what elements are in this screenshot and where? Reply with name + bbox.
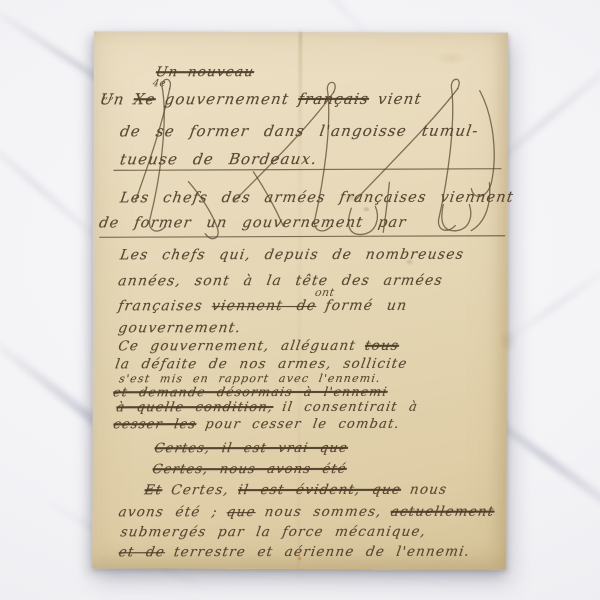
struck-text: que [226,504,257,520]
manuscript-text: nous [409,482,449,498]
struck-text: cesser les [112,417,197,432]
manuscript-text: il consentirait à [281,400,419,415]
manuscript-text: Certes, [170,482,230,498]
handwriting-line: gouvernement. [117,320,242,336]
manuscript-text: tueuse de Bordeaux. [119,150,319,168]
manuscript-text: nous sommes, [263,504,383,520]
struck-text: actuellement [390,504,496,520]
manuscript-text: formé un [324,298,408,314]
struck-text: Xe [132,90,157,108]
manuscript-text: terrestre et aérienne de l'ennemi. [173,544,472,561]
struck-text: français [297,90,371,108]
handwriting-line: Certes, nous avons été [151,462,348,477]
struck-text: Et [143,482,163,498]
handwriting-line: submergés par la force mécanique, [119,524,427,541]
struck-text: il est évident, que [237,482,402,498]
manuscript-text: pour cesser le combat. [204,417,401,432]
manuscript-text: françaises [117,298,204,314]
handwriting-line: la défaite de nos armes, sollicite [114,356,409,373]
manuscript-text: années, sont à la tête des armées [117,273,444,290]
handwriting-line: de former un gouvernement par [98,215,408,232]
photo-scene: „„ Un nouveauUnXegouvernementfrançaisvie… [0,0,600,600]
inserted-word: 4e [152,78,167,89]
handwriting-line: Certes, il est vrai que [153,441,349,456]
handwriting-line: et demande désormais à l'ennemi [112,384,389,399]
struck-text: viennent de [211,298,318,314]
handwriting-line: UnXegouvernementfrançaisvient [99,90,424,109]
struck-text: Un nouveau [155,64,256,80]
handwriting-line: de se former dans l'angoisse tumul- [119,122,480,141]
handwriting-line: cesser lespour cesser le combat. [112,417,401,433]
inserted-word: ont [314,286,336,299]
struck-text: et demande désormais à l'ennemi [112,384,389,399]
handwriting-line: tueuse de Bordeaux. [119,150,319,168]
manuscript-text: Les chefs qui, depuis de nombreuses [119,247,465,264]
handwriting-line: françaisesviennent deformé un [117,298,409,315]
handwriting-layer: „„ Un nouveauUnXegouvernementfrançaisvie… [93,32,508,570]
struck-text: Certes, nous avons été [151,462,348,477]
marble-vein [493,255,600,352]
manuscript-page: „„ Un nouveauUnXegouvernementfrançaisvie… [92,31,508,569]
struck-text: tous [364,338,400,354]
manuscript-text: gouvernement. [117,320,242,336]
handwriting-line: Ce gouvernement, alléguanttous [117,338,400,354]
handwriting-line: Les chefs qui, depuis de nombreuses [119,247,465,264]
manuscript-text: Un [99,90,127,108]
struck-text: Certes, il est vrai que [153,441,349,456]
handwriting-line: avons été ;quenous sommes,actuellement [117,504,495,521]
manuscript-text: vient [377,90,424,108]
handwriting-line: Un nouveau [155,64,256,80]
handwriting-line: Les chefs des armées françaises viennent [119,190,515,207]
handwriting-line: à quelle condition,il consentirait à [115,400,419,416]
handwriting-line: et deterrestre et aérienne de l'ennemi. [117,544,471,561]
handwriting-line: EtCertes,il est évident, quenous [143,482,448,499]
manuscript-text: la défaite de nos armes, sollicite [114,356,409,373]
manuscript-text: de former un gouvernement par [98,215,408,232]
manuscript-text: Les chefs des armées françaises viennent [119,190,515,207]
manuscript-text: Ce gouvernement, alléguant [117,338,357,354]
manuscript-text: submergés par la force mécanique, [119,524,427,541]
manuscript-text: gouvernement [163,90,290,108]
manuscript-text: de se former dans l'angoisse tumul- [119,122,480,141]
manuscript-text: avons été ; [117,504,219,520]
handwriting-line: années, sont à la tête des armées [117,273,444,290]
struck-text: et de [117,544,166,560]
struck-text: à quelle condition, [115,400,274,415]
